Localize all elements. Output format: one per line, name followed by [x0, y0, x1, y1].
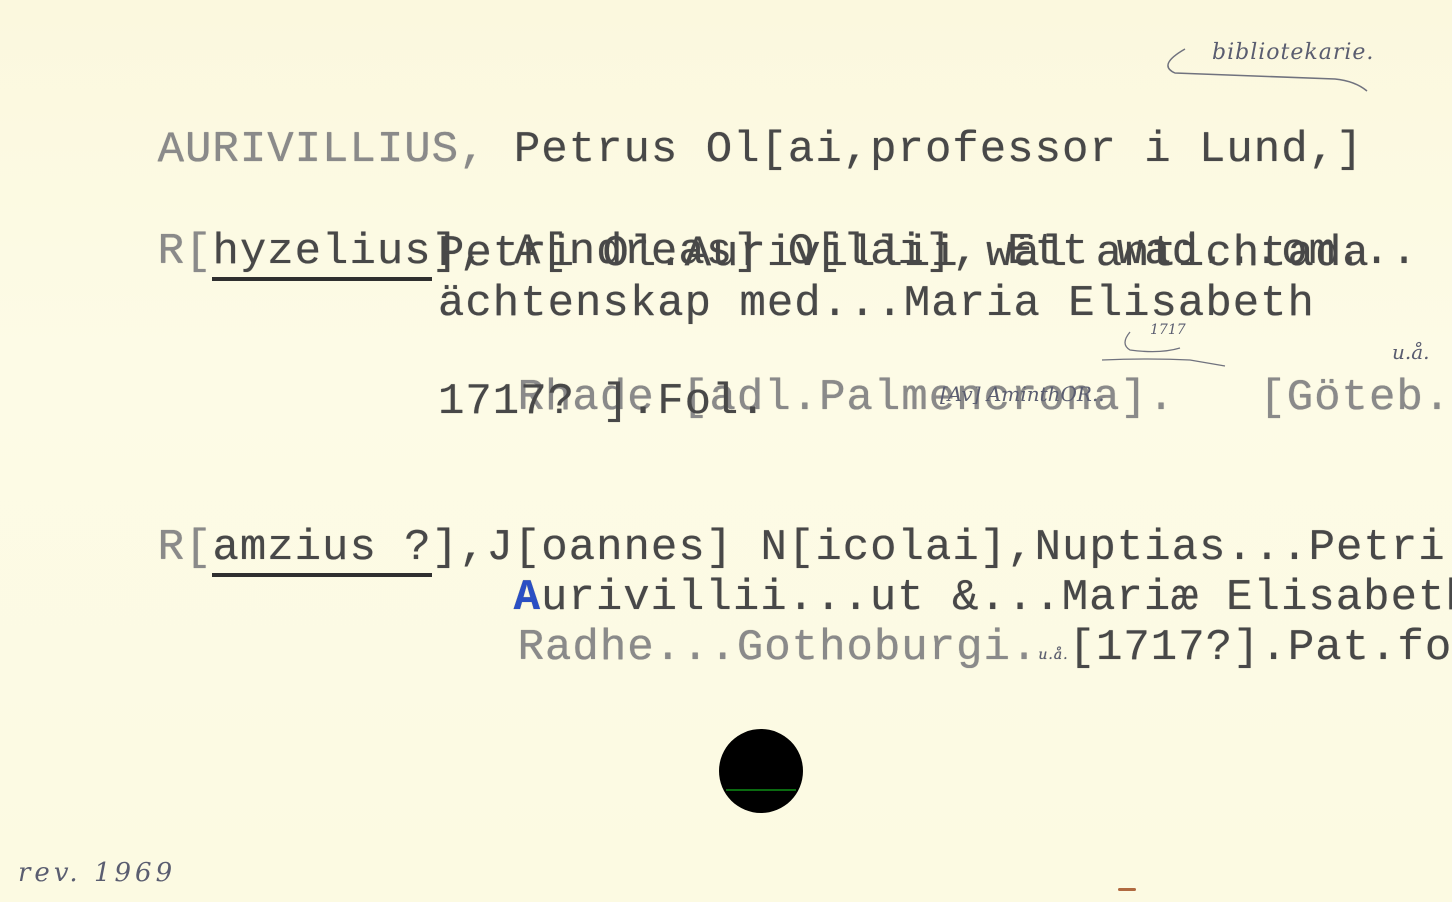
entry-1-author-underlined: hyzelius — [212, 227, 431, 281]
entry-2-author-prefix: R[ — [158, 523, 213, 573]
annotation-bracket-curve — [1155, 45, 1375, 95]
catalog-card: AURIVILLIUS, Petrus Ol[ai,professor i Lu… — [0, 0, 1452, 902]
punch-hole — [719, 729, 803, 813]
entry-1-author-prefix: R[ — [158, 227, 213, 277]
revision-note: rev. 1969 — [18, 858, 176, 888]
hole-green-line — [726, 789, 796, 791]
heading-name: AURIVILLIUS, — [158, 125, 487, 175]
pencil-place-note-2: u.å. — [1038, 647, 1068, 663]
entry-2-author-underlined: amzius ? — [212, 523, 431, 577]
stray-mark — [1118, 888, 1136, 891]
pencil-place-note: u.å. — [1392, 340, 1430, 364]
entry-1-line-3: ächtenskap med...Maria Elisabeth — [438, 280, 1315, 328]
pencil-year-bracket — [1100, 330, 1230, 370]
entry-2-line-3-text: Radhe...Gothoburgi. — [518, 623, 1039, 673]
entry-2-line-3-tail: [1717?].Pat.fol.. — [1069, 623, 1452, 673]
entry-1-line-2: Petri Ol.Aurivillii wäl antichtada — [438, 230, 1370, 278]
entry-2-line-3: Radhe...Gothoburgi.u.å.[1717?].Pat.fol.. — [408, 576, 1452, 727]
entry-1-line-4-tail: [Göteb. — [1259, 373, 1451, 423]
heading-rest: Petrus Ol[ai,professor i Lund,] — [486, 125, 1363, 175]
pencil-author-note: [Av] AminthOR.. — [940, 382, 1105, 406]
entry-1-line-5: 1717? ].Fol. — [438, 378, 767, 426]
